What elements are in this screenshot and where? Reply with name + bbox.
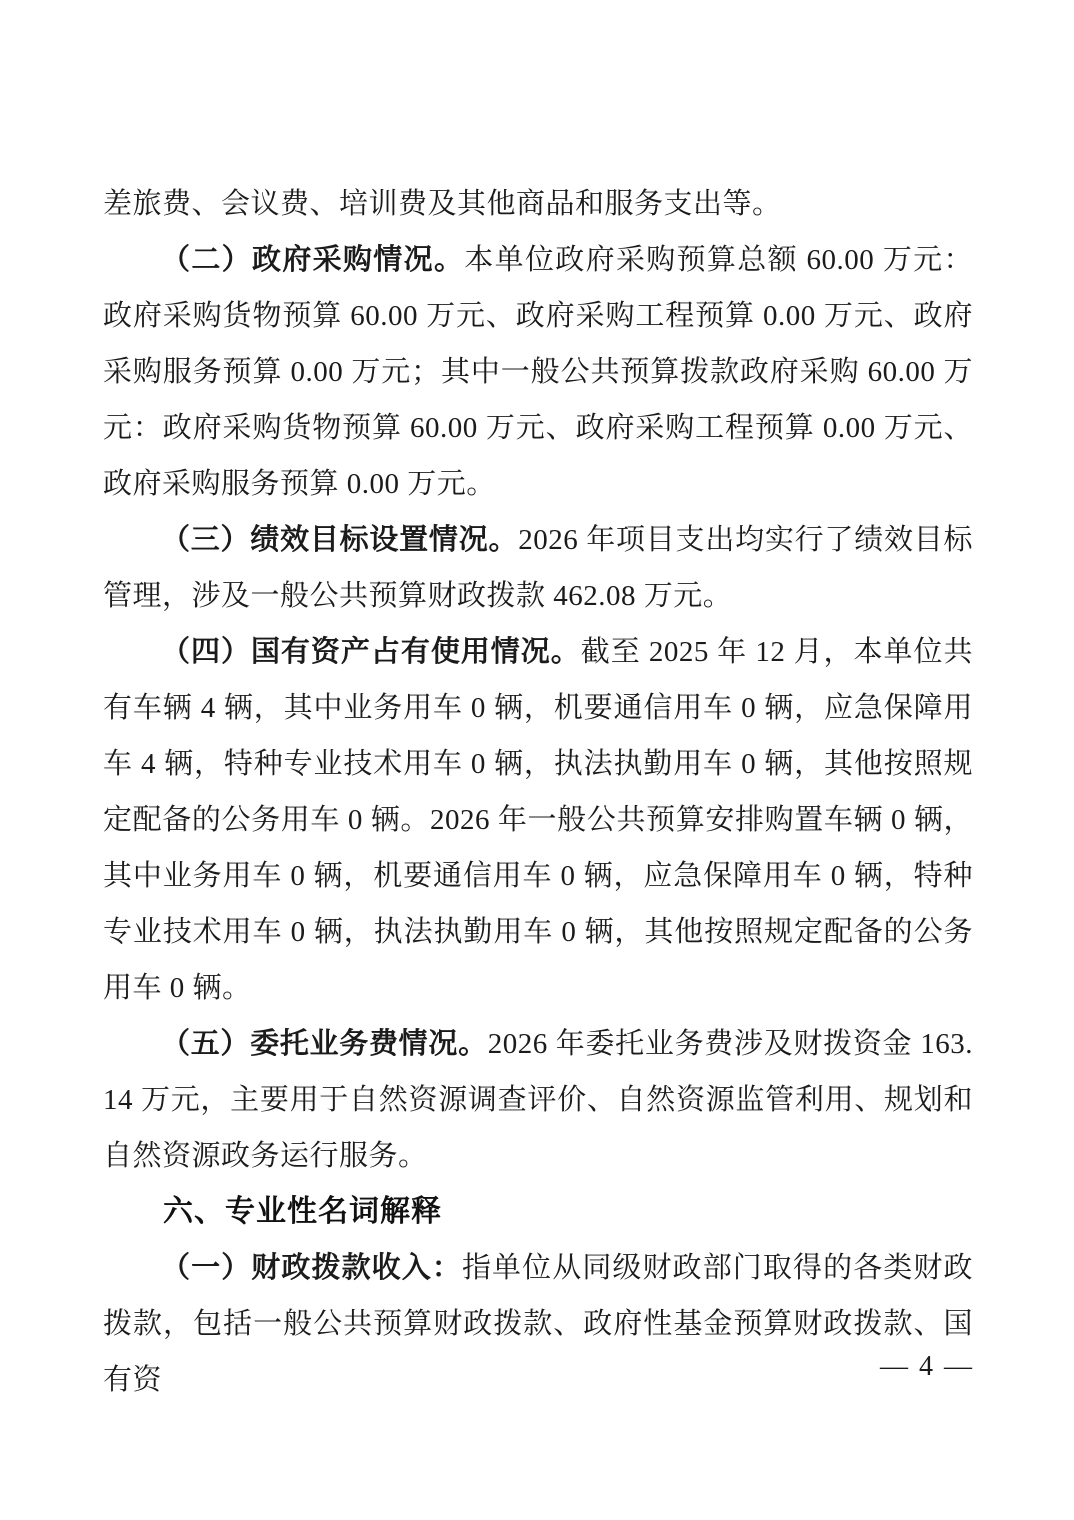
page-number: — 4 — — [880, 1351, 974, 1382]
section-heading: 六、专业性名词解释 — [103, 1184, 973, 1240]
paragraph-lead: （五）委托业务费情况。 — [161, 1028, 488, 1060]
paragraph-lead: （三）绩效目标设置情况。 — [161, 524, 518, 556]
paragraph-lead: （一）财政拨款收入： — [161, 1252, 462, 1284]
paragraph: （二）政府采购情况。本单位政府采购预算总额 60.00 万元：政府采购货物预算 … — [103, 232, 973, 512]
paragraph-text: 差旅费、会议费、培训费及其他商品和服务支出等。 — [103, 188, 782, 220]
paragraph: （三）绩效目标设置情况。2026 年项目支出均实行了绩效目标管理，涉及一般公共预… — [103, 512, 973, 624]
paragraph-text: 本单位政府采购预算总额 60.00 万元：政府采购货物预算 60.00 万元、政… — [103, 244, 973, 500]
paragraph: 差旅费、会议费、培训费及其他商品和服务支出等。 — [103, 176, 973, 232]
page-footer: — 4 — — [880, 1350, 974, 1384]
document-body: 差旅费、会议费、培训费及其他商品和服务支出等。（二）政府采购情况。本单位政府采购… — [103, 176, 973, 1408]
paragraph-text: 截至 2025 年 12 月，本单位共有车辆 4 辆，其中业务用车 0 辆，机要… — [103, 636, 973, 1004]
paragraph-lead: （四）国有资产占有使用情况。 — [161, 636, 581, 668]
paragraph-lead: （二）政府采购情况。 — [161, 244, 464, 276]
document-page: 差旅费、会议费、培训费及其他商品和服务支出等。（二）政府采购情况。本单位政府采购… — [0, 0, 1074, 1520]
paragraph: （一）财政拨款收入：指单位从同级财政部门取得的各类财政拨款，包括一般公共预算财政… — [103, 1240, 973, 1408]
paragraph: （四）国有资产占有使用情况。截至 2025 年 12 月，本单位共有车辆 4 辆… — [103, 624, 973, 1016]
paragraph: （五）委托业务费情况。2026 年委托业务费涉及财拨资金 163.14 万元，主… — [103, 1016, 973, 1184]
